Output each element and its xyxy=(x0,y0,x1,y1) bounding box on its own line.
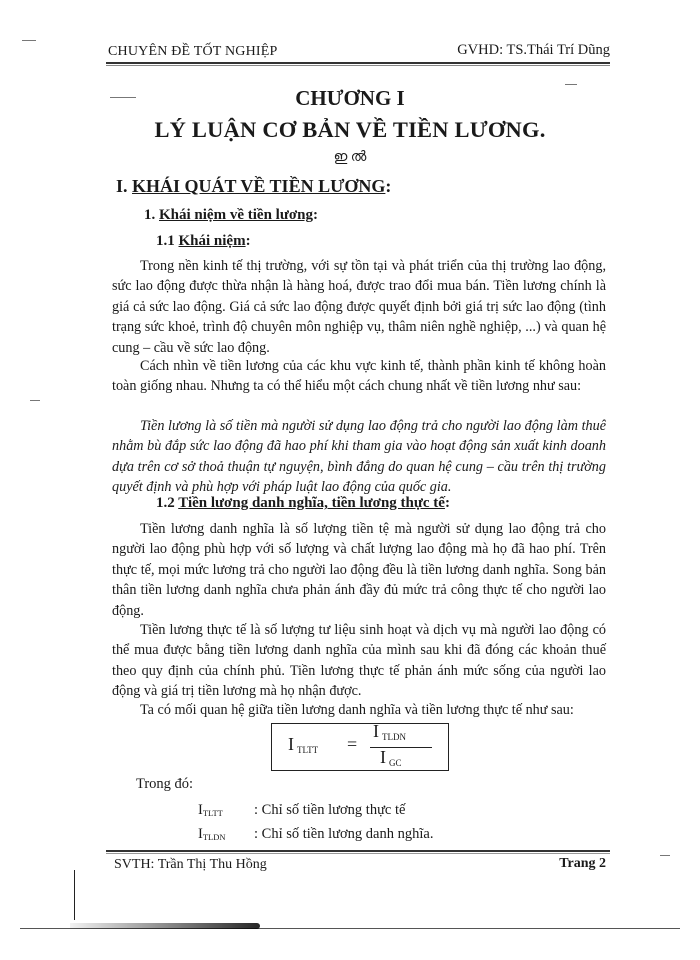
formula-lhs-sub: TLTT xyxy=(297,745,318,755)
subsubsection-number: 1.1 xyxy=(156,233,179,249)
ornament-icon: ഇ ൽ xyxy=(0,150,700,166)
section-number: I. xyxy=(116,176,132,196)
legend-intro: Trong đó: xyxy=(136,776,193,793)
subsection-title: Khái niệm về tiền lương xyxy=(159,207,313,223)
scan-artifact-vertical xyxy=(74,870,75,920)
formula-numerator-sub: TLDN xyxy=(382,732,406,742)
formula-lhs-symbol: I xyxy=(288,734,294,754)
paragraph-real-wage: Tiền lương thực tế là số lượng tư liệu s… xyxy=(112,620,606,702)
subsection-heading: 1. Khái niệm về tiền lương: xyxy=(144,207,318,224)
subsubsection-title: Tiền lương danh nghĩa, tiền lương thực t… xyxy=(178,495,445,511)
section-suffix: : xyxy=(385,176,391,196)
page-number: Trang 2 xyxy=(559,856,606,872)
legend-desc: : Chỉ số tiền lương thực tế xyxy=(254,802,405,818)
scan-artifact-blot xyxy=(70,923,260,929)
legend-term: ITLTT xyxy=(198,802,254,819)
scan-speck xyxy=(565,84,577,85)
running-header-title: CHUYÊN ĐỀ TỐT NGHIỆP xyxy=(108,44,278,60)
subsubsection-suffix: : xyxy=(246,233,251,249)
formula-lhs: ITLTT xyxy=(288,734,318,755)
header-rule xyxy=(106,62,610,64)
legend-sub: TLTT xyxy=(203,808,223,818)
legend-item: ITLDN: Chỉ số tiền lương danh nghĩa. xyxy=(198,826,433,843)
paragraph-relationship: Ta có mối quan hệ giữa tiền lương danh n… xyxy=(112,700,606,720)
scan-speck xyxy=(30,400,40,401)
chapter-label: CHƯƠNG I xyxy=(0,86,700,111)
section-heading: I. KHÁI QUÁT VỀ TIỀN LƯƠNG: xyxy=(116,176,391,197)
subsubsection-heading-1-1: 1.1 Khái niệm: xyxy=(156,233,251,250)
section-title: KHÁI QUÁT VỀ TIỀN LƯƠNG xyxy=(132,176,385,196)
running-header-advisor: GVHD: TS.Thái Trí Dũng xyxy=(457,42,610,59)
paragraph-definition: Tiền lương là số tiền mà người sử dụng l… xyxy=(112,416,606,498)
formula-denominator: IGC xyxy=(380,747,402,768)
subsubsection-heading-1-2: 1.2 Tiền lương danh nghĩa, tiền lương th… xyxy=(156,495,450,512)
legend-desc: : Chỉ số tiền lương danh nghĩa. xyxy=(254,826,433,842)
formula-numerator-symbol: I xyxy=(373,721,379,741)
chapter-title: LÝ LUẬN CƠ BẢN VỀ TIỀN LƯƠNG. xyxy=(0,117,700,143)
legend-term: ITLDN xyxy=(198,826,254,843)
subsubsection-title: Khái niệm xyxy=(179,233,246,249)
scan-speck xyxy=(110,97,136,98)
legend-sub: TLDN xyxy=(203,832,226,842)
subsubsection-suffix: : xyxy=(445,495,450,511)
header-rule-thin xyxy=(106,65,610,66)
legend-item: ITLTT: Chỉ số tiền lương thực tế xyxy=(198,802,405,819)
scan-speck xyxy=(22,40,36,41)
formula-equals: = xyxy=(347,734,357,755)
footer-rule-thin xyxy=(106,853,610,854)
footer-rule xyxy=(106,850,610,852)
subsubsection-number: 1.2 xyxy=(156,495,178,511)
formula-numerator: ITLDN xyxy=(373,721,406,742)
formula-denominator-symbol: I xyxy=(380,747,386,767)
formula-denominator-sub: GC xyxy=(389,758,402,768)
footer-author: SVTH: Trần Thị Thu Hồng xyxy=(114,857,267,873)
subsection-suffix: : xyxy=(313,207,318,223)
paragraph-perspectives: Cách nhìn về tiền lương của các khu vực … xyxy=(112,356,606,397)
scan-speck xyxy=(660,855,670,856)
paragraph-nominal-wage: Tiền lương danh nghĩa là số lượng tiền t… xyxy=(112,519,606,621)
subsection-number: 1. xyxy=(144,207,159,223)
paragraph-labor-market: Trong nền kinh tế thị trường, với sự tồn… xyxy=(112,256,606,358)
